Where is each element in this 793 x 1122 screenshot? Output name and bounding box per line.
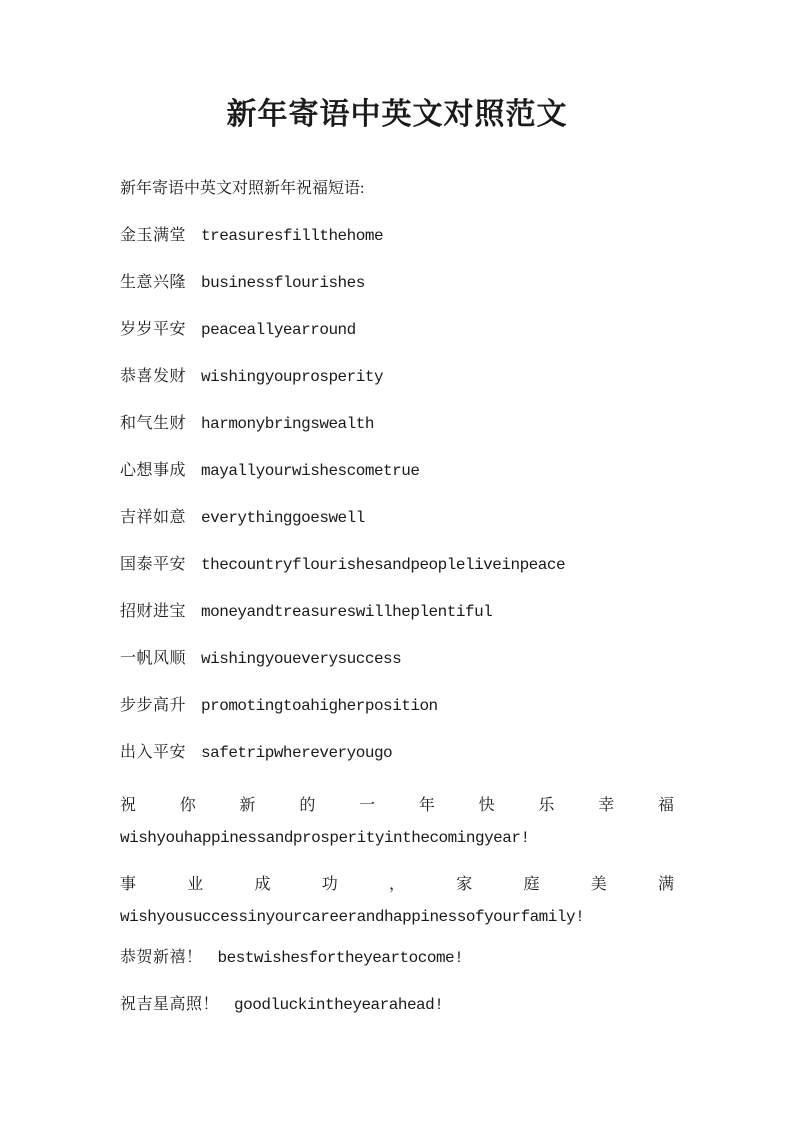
phrase-en: moneyandtreasureswillheplentiful [201, 603, 492, 621]
phrase-row: 心想事成mayallyourwishescometrue [120, 460, 674, 482]
phrase-row: 国泰平安thecountryflourishesandpeopleliveinp… [120, 554, 674, 576]
phrase-en: businessflourishes [201, 274, 365, 292]
page-title: 新年寄语中英文对照范文 [120, 96, 674, 134]
phrase-cn: 步步高升 [120, 697, 186, 714]
justified-cn-line: 事 业 成 功 ， 家 庭 美 满 [120, 868, 674, 901]
phrase-en: thecountryflourishesandpeopleliveinpeace [201, 556, 565, 574]
phrase-cn: 招财进宝 [120, 603, 186, 620]
phrase-row: 招财进宝moneyandtreasureswillheplentiful [120, 601, 674, 623]
justified-paragraph: 祝 你 新 的 一 年 快 乐 幸 福 wishyouhappinessandp… [120, 789, 674, 855]
exclaim-cn: 恭贺新禧！ [120, 949, 203, 966]
justified-en-line: wishyouhappinessandprosperityinthecoming… [120, 822, 674, 855]
phrase-row: 和气生财harmonybringswealth [120, 413, 674, 435]
phrase-cn: 和气生财 [120, 415, 186, 432]
phrase-cn: 岁岁平安 [120, 321, 186, 338]
phrase-en: safetripwhereveryougo [201, 744, 392, 762]
phrase-en: treasuresfillthehome [201, 227, 383, 245]
phrase-cn: 恭喜发财 [120, 368, 186, 385]
phrase-cn: 吉祥如意 [120, 509, 186, 526]
justified-paragraph: 事 业 成 功 ， 家 庭 美 满 wishyousuccessinyourca… [120, 868, 674, 934]
justified-cn-line: 祝 你 新 的 一 年 快 乐 幸 福 [120, 789, 674, 822]
phrase-row: 岁岁平安peaceallyearround [120, 319, 674, 341]
phrase-en: peaceallyearround [201, 321, 356, 339]
phrase-en: promotingtoahigherposition [201, 697, 438, 715]
phrase-row: 恭喜发财wishingyouprosperity [120, 366, 674, 388]
phrase-row: 步步高升promotingtoahigherposition [120, 695, 674, 717]
exclaim-en: goodluckintheyearahead! [234, 996, 443, 1014]
exclaim-row: 祝吉星高照！goodluckintheyearahead! [120, 994, 674, 1016]
phrase-cn: 心想事成 [120, 462, 186, 479]
phrase-en: harmonybringswealth [201, 415, 374, 433]
exclaim-row: 恭贺新禧！bestwishesfortheyeartocome! [120, 947, 674, 969]
exclaim-en: bestwishesfortheyeartocome! [218, 949, 464, 967]
phrase-en: wishingyouprosperity [201, 368, 383, 386]
phrase-cn: 国泰平安 [120, 556, 186, 573]
phrase-en: wishingyoueverysuccess [201, 650, 401, 668]
phrase-cn: 金玉满堂 [120, 227, 186, 244]
phrase-row: 一帆风顺wishingyoueverysuccess [120, 648, 674, 670]
justified-en-line: wishyousuccessinyourcareerandhappinessof… [120, 901, 674, 934]
document-page: 新年寄语中英文对照范文 新年寄语中英文对照新年祝福短语: 金玉满堂treasur… [0, 0, 793, 1122]
document-content: 新年寄语中英文对照范文 新年寄语中英文对照新年祝福短语: 金玉满堂treasur… [120, 0, 674, 1041]
phrase-row: 出入平安safetripwhereveryougo [120, 742, 674, 764]
phrase-row: 金玉满堂treasuresfillthehome [120, 225, 674, 247]
phrase-cn: 生意兴隆 [120, 274, 186, 291]
phrase-cn: 出入平安 [120, 744, 186, 761]
intro-line: 新年寄语中英文对照新年祝福短语: [120, 178, 674, 200]
phrase-cn: 一帆风顺 [120, 650, 186, 667]
phrase-row: 吉祥如意everythinggoeswell [120, 507, 674, 529]
phrase-row: 生意兴隆businessflourishes [120, 272, 674, 294]
exclaim-cn: 祝吉星高照！ [120, 996, 219, 1013]
phrase-en: mayallyourwishescometrue [201, 462, 419, 480]
phrase-en: everythinggoeswell [201, 509, 365, 527]
